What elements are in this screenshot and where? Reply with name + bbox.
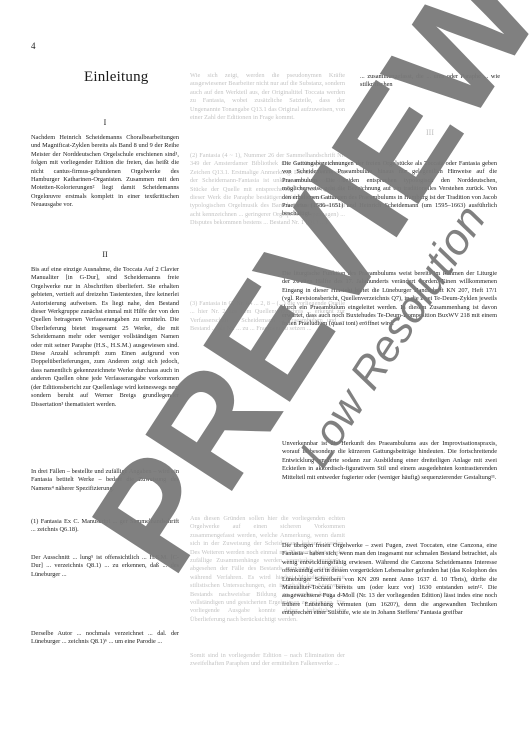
paragraph-fantasia-1: (1) Fantasia Ex C. Manuscript ... ger Sa… bbox=[31, 518, 179, 535]
watermark-low-resolution-text: Low Resolution bbox=[290, 197, 495, 476]
paragraph-sources: Bis auf eine einzige Ausnahme, die Tocca… bbox=[31, 266, 179, 409]
paragraph-liturgy: Die liturgische Funktion des Praeambulum… bbox=[282, 270, 497, 329]
paragraph-intro: Nachdem Heinrich Scheidemanns Choralbear… bbox=[31, 134, 179, 210]
paragraph-three-cases: In drei Fällen – bestellte und zufällige… bbox=[31, 468, 179, 493]
paragraph-other-works: Die übrigen freien Orgelwerke – zwei Fug… bbox=[282, 542, 497, 618]
page-number: 4 bbox=[31, 41, 36, 51]
section-number-2: II bbox=[95, 250, 115, 259]
paragraph-improvisation: Unverkennbar ist die Herkunft des Praeam… bbox=[282, 440, 497, 482]
section-number-3: III bbox=[420, 128, 440, 137]
paragraph-middle-5: Somit sind in vorliegender Edition – nac… bbox=[190, 652, 345, 669]
paragraph-same-author: Derselbe Autor ... nochmals verzeichnet … bbox=[31, 630, 179, 647]
section-number-1: I bbox=[95, 118, 115, 127]
paragraph-middle-1: Wie sich zeigt, werden die pseudonymen K… bbox=[190, 72, 345, 122]
paragraph-praeambulum: Die Gattungsbezeichnungen der freien Org… bbox=[282, 160, 497, 219]
paragraph-excerpt: Der Ausschnitt ... lung⁵ ist offensichtl… bbox=[31, 554, 179, 579]
paragraph-right-1: ... zusammengefasst, die ... ums oder Pa… bbox=[360, 73, 500, 90]
page-title: Einleitung bbox=[84, 69, 149, 86]
